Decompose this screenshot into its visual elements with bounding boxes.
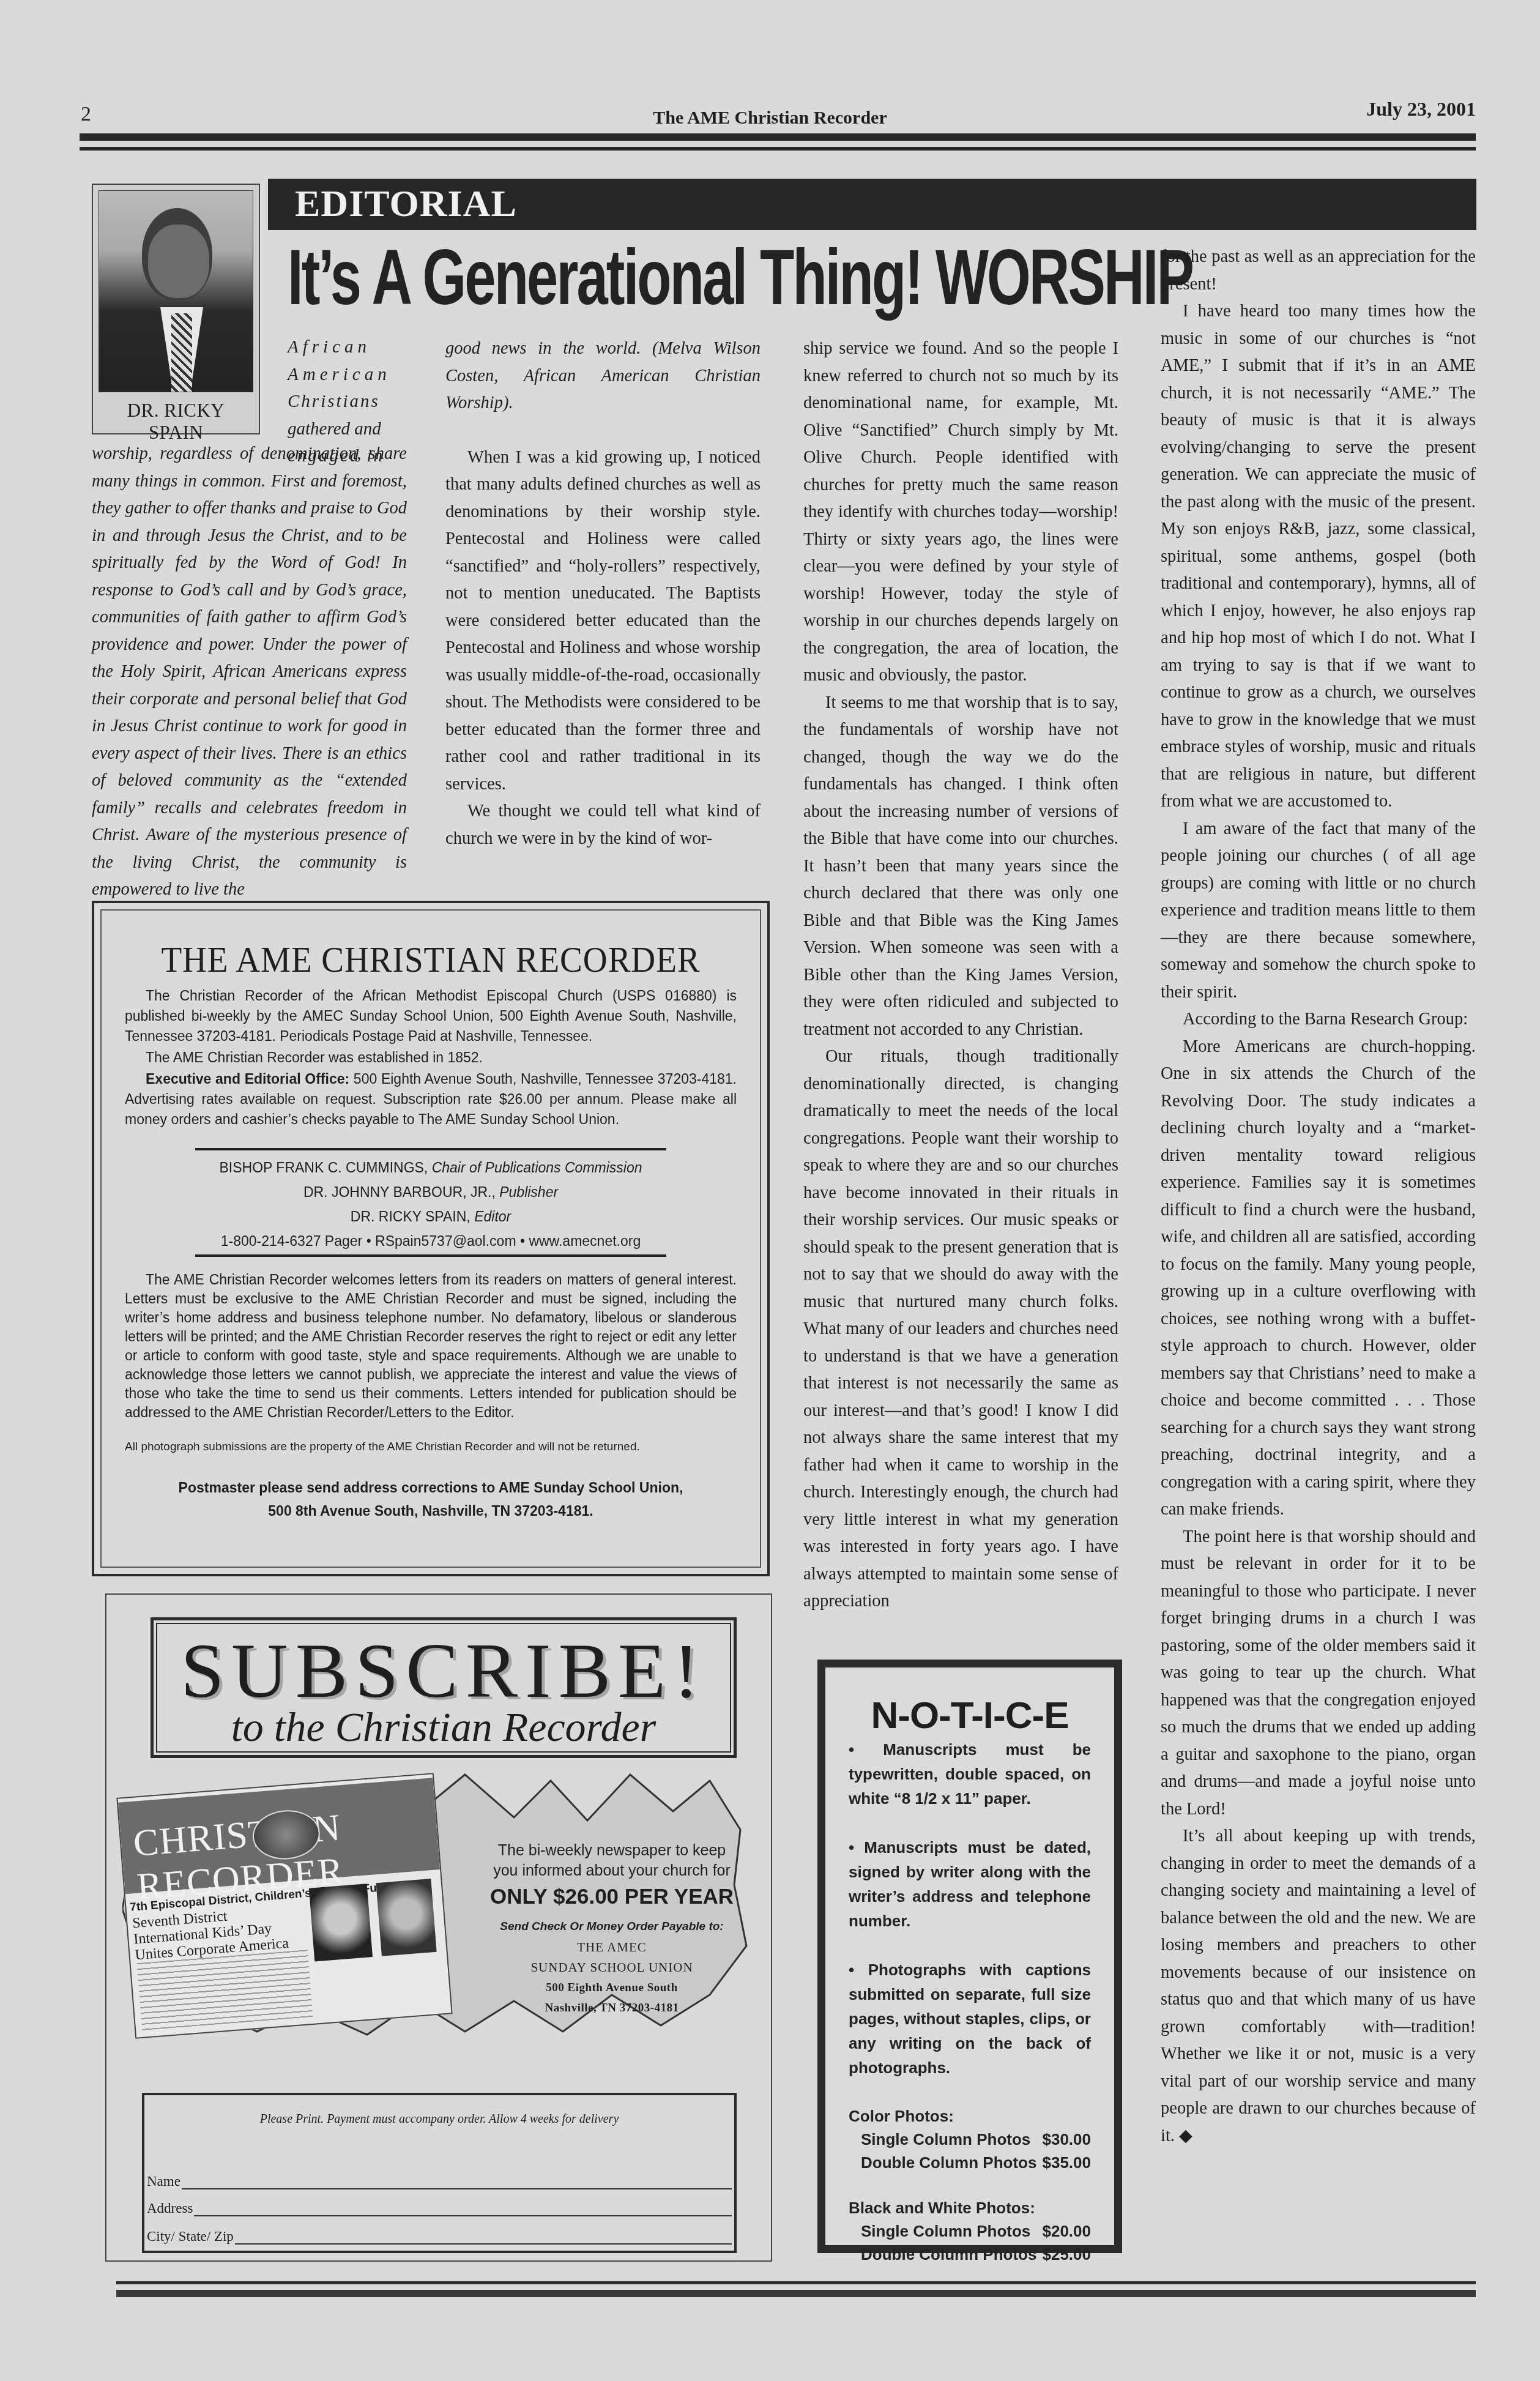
intro-lead-line: gathered and [288, 415, 407, 443]
header-double-rule [80, 133, 1476, 151]
postmaster-note: Postmaster please send address correctio… [125, 1476, 737, 1522]
name-label: Name [147, 2174, 180, 2189]
payee-line: Nashville, TN 37203-4181 [483, 1998, 740, 2018]
city-state-zip-field[interactable]: City/ State/ Zip [147, 2229, 732, 2245]
subscribe-title-box: SUBSCRIBE! to the Christian Recorder [151, 1617, 737, 1758]
bw-photo-rates: Black and White Photos: Single Column Ph… [849, 2196, 1091, 2266]
payee-line: 500 Eighth Avenue South [483, 1978, 740, 1998]
preview-text-lines [137, 1950, 313, 2030]
subscription-price: ONLY $26.00 PER YEAR [483, 1885, 740, 1909]
article-headline: It’s A Generational Thing! WORSHIP [288, 239, 1192, 317]
masthead-box: THE AME CHRISTIAN RECORDER The Christian… [92, 901, 770, 1576]
article-column-4: for the past as well as an appreciation … [1161, 244, 1476, 2150]
body-paragraph: It’s all about keeping up with trends, c… [1161, 1823, 1476, 2150]
body-paragraph: According to the Barna Research Group: [1161, 1006, 1476, 1034]
established-note: The AME Christian Recorder was establish… [125, 1048, 737, 1068]
rate-row: Single Column Photos$20.00 [849, 2219, 1091, 2243]
name-field[interactable]: Name [147, 2174, 732, 2189]
footer-double-rule [116, 2281, 1476, 2297]
body-paragraph: We thought we could tell what kind of ch… [445, 798, 761, 852]
author-caption: DR. RICKY SPAIN [99, 400, 253, 444]
payable-label: Send Check Or Money Order Payable to: [483, 1920, 740, 1934]
intro-paragraph: worship, regardless of denomination, sha… [92, 441, 407, 904]
body-paragraph: It seems to me that worship that is to s… [803, 690, 1118, 1044]
intro-lead-line: American [288, 361, 407, 389]
order-note: Please Print. Payment must accompany ord… [144, 2112, 734, 2126]
publication-info: The Christian Recorder of the African Me… [125, 986, 737, 1046]
section-label: EDITORIAL [295, 182, 517, 226]
rate-group-label: Color Photos: [849, 2104, 1091, 2128]
body-paragraph: for the past as well as an appreciation … [1161, 244, 1476, 298]
city-label: City/ State/ Zip [147, 2229, 234, 2245]
intro-body: worship, regardless of denomination, sha… [92, 441, 407, 904]
photo-policy: All photograph submissions are the prope… [125, 1440, 737, 1454]
author-photo-frame: DR. RICKY SPAIN [92, 184, 260, 434]
notice-box: N-O-T-I-C-E • Manuscripts must be typewr… [817, 1660, 1122, 2253]
subscribe-info: The bi-weekly newspaper to keep you info… [483, 1841, 740, 2018]
address-label: Address [147, 2200, 193, 2216]
office-label: Executive and Editorial Office: [146, 1071, 349, 1087]
contact-info: 1-800-214-6327 Pager • RSpain5737@aol.co… [125, 1229, 737, 1253]
publication-title: The AME Christian Recorder [0, 108, 1540, 129]
staff-editor: DR. RICKY SPAIN, Editor [125, 1204, 737, 1229]
preview-photo [309, 1884, 373, 1961]
rate-row: Double Column Photos$25.00 [849, 2243, 1091, 2266]
newspaper-preview: CHRISTIAN RECORDER 7th Episcopal Distric… [116, 1773, 452, 2039]
article-column-2: good news in the world. (Melva Wilson Co… [445, 335, 761, 852]
staff-chair: BISHOP FRANK C. CUMMINGS, Chair of Publi… [125, 1155, 737, 1180]
payee-line: SUNDAY SCHOOL UNION [483, 1958, 740, 1978]
body-paragraph: When I was a kid growing up, I noticed t… [445, 444, 761, 799]
letters-policy: The AME Christian Recorder welcomes lett… [125, 1270, 737, 1422]
payee-line: THE AMEC [483, 1937, 740, 1958]
staff-divider [195, 1254, 666, 1257]
subscribe-title: SUBSCRIBE! [154, 1631, 734, 1710]
rate-row: Single Column Photos$30.00 [849, 2128, 1091, 2151]
body-paragraph: More Americans are church-hopping. One i… [1161, 1034, 1476, 1524]
staff-divider [195, 1148, 666, 1150]
pitch-line: you informed about your church for [483, 1861, 740, 1881]
intro-citation: good news in the world. (Melva Wilson Co… [445, 335, 761, 417]
city-input-line[interactable] [235, 2230, 732, 2245]
notice-item: • Manuscripts must be dated, signed by w… [849, 1835, 1091, 1933]
body-paragraph: The point here is that worship should an… [1161, 1524, 1476, 1824]
body-paragraph: ship service we found. And so the people… [803, 335, 1118, 690]
author-portrait [99, 190, 253, 392]
address-field[interactable]: Address [147, 2200, 732, 2216]
office-info: Executive and Editorial Office: 500 Eigh… [125, 1069, 737, 1130]
notice-item: • Photographs with captions submitted on… [849, 1958, 1091, 2080]
order-form: Please Print. Payment must accompany ord… [142, 2093, 737, 2253]
preview-photo [376, 1879, 437, 1956]
issue-date: July 23, 2001 [1366, 98, 1476, 121]
body-paragraph: I have heard too many times how the musi… [1161, 298, 1476, 816]
rate-group-label: Black and White Photos: [849, 2196, 1091, 2219]
pitch-line: The bi-weekly newspaper to keep [483, 1841, 740, 1861]
article-column-3: ship service we found. And so the people… [803, 335, 1118, 1615]
body-paragraph: Our rituals, though traditionally denomi… [803, 1043, 1118, 1615]
name-input-line[interactable] [182, 2175, 732, 2189]
address-input-line[interactable] [194, 2202, 732, 2216]
color-photo-rates: Color Photos: Single Column Photos$30.00… [849, 2104, 1091, 2174]
rate-row: Double Column Photos$35.00 [849, 2151, 1091, 2174]
notice-title: N-O-T-I-C-E [849, 1697, 1091, 1735]
intro-lead-line: African [288, 333, 407, 361]
body-paragraph: I am aware of the fact that many of the … [1161, 816, 1476, 1007]
intro-lead-line: Christians [288, 388, 407, 415]
photo-rates: Color Photos: Single Column Photos$30.00… [849, 2104, 1091, 2266]
subscribe-subtitle: to the Christian Recorder [154, 1706, 734, 1748]
staff-publisher: DR. JOHNNY BARBOUR, JR., Publisher [125, 1180, 737, 1204]
notice-item: • Manuscripts must be typewritten, doubl… [849, 1737, 1091, 1811]
masthead-title: THE AME CHRISTIAN RECORDER [149, 939, 712, 981]
